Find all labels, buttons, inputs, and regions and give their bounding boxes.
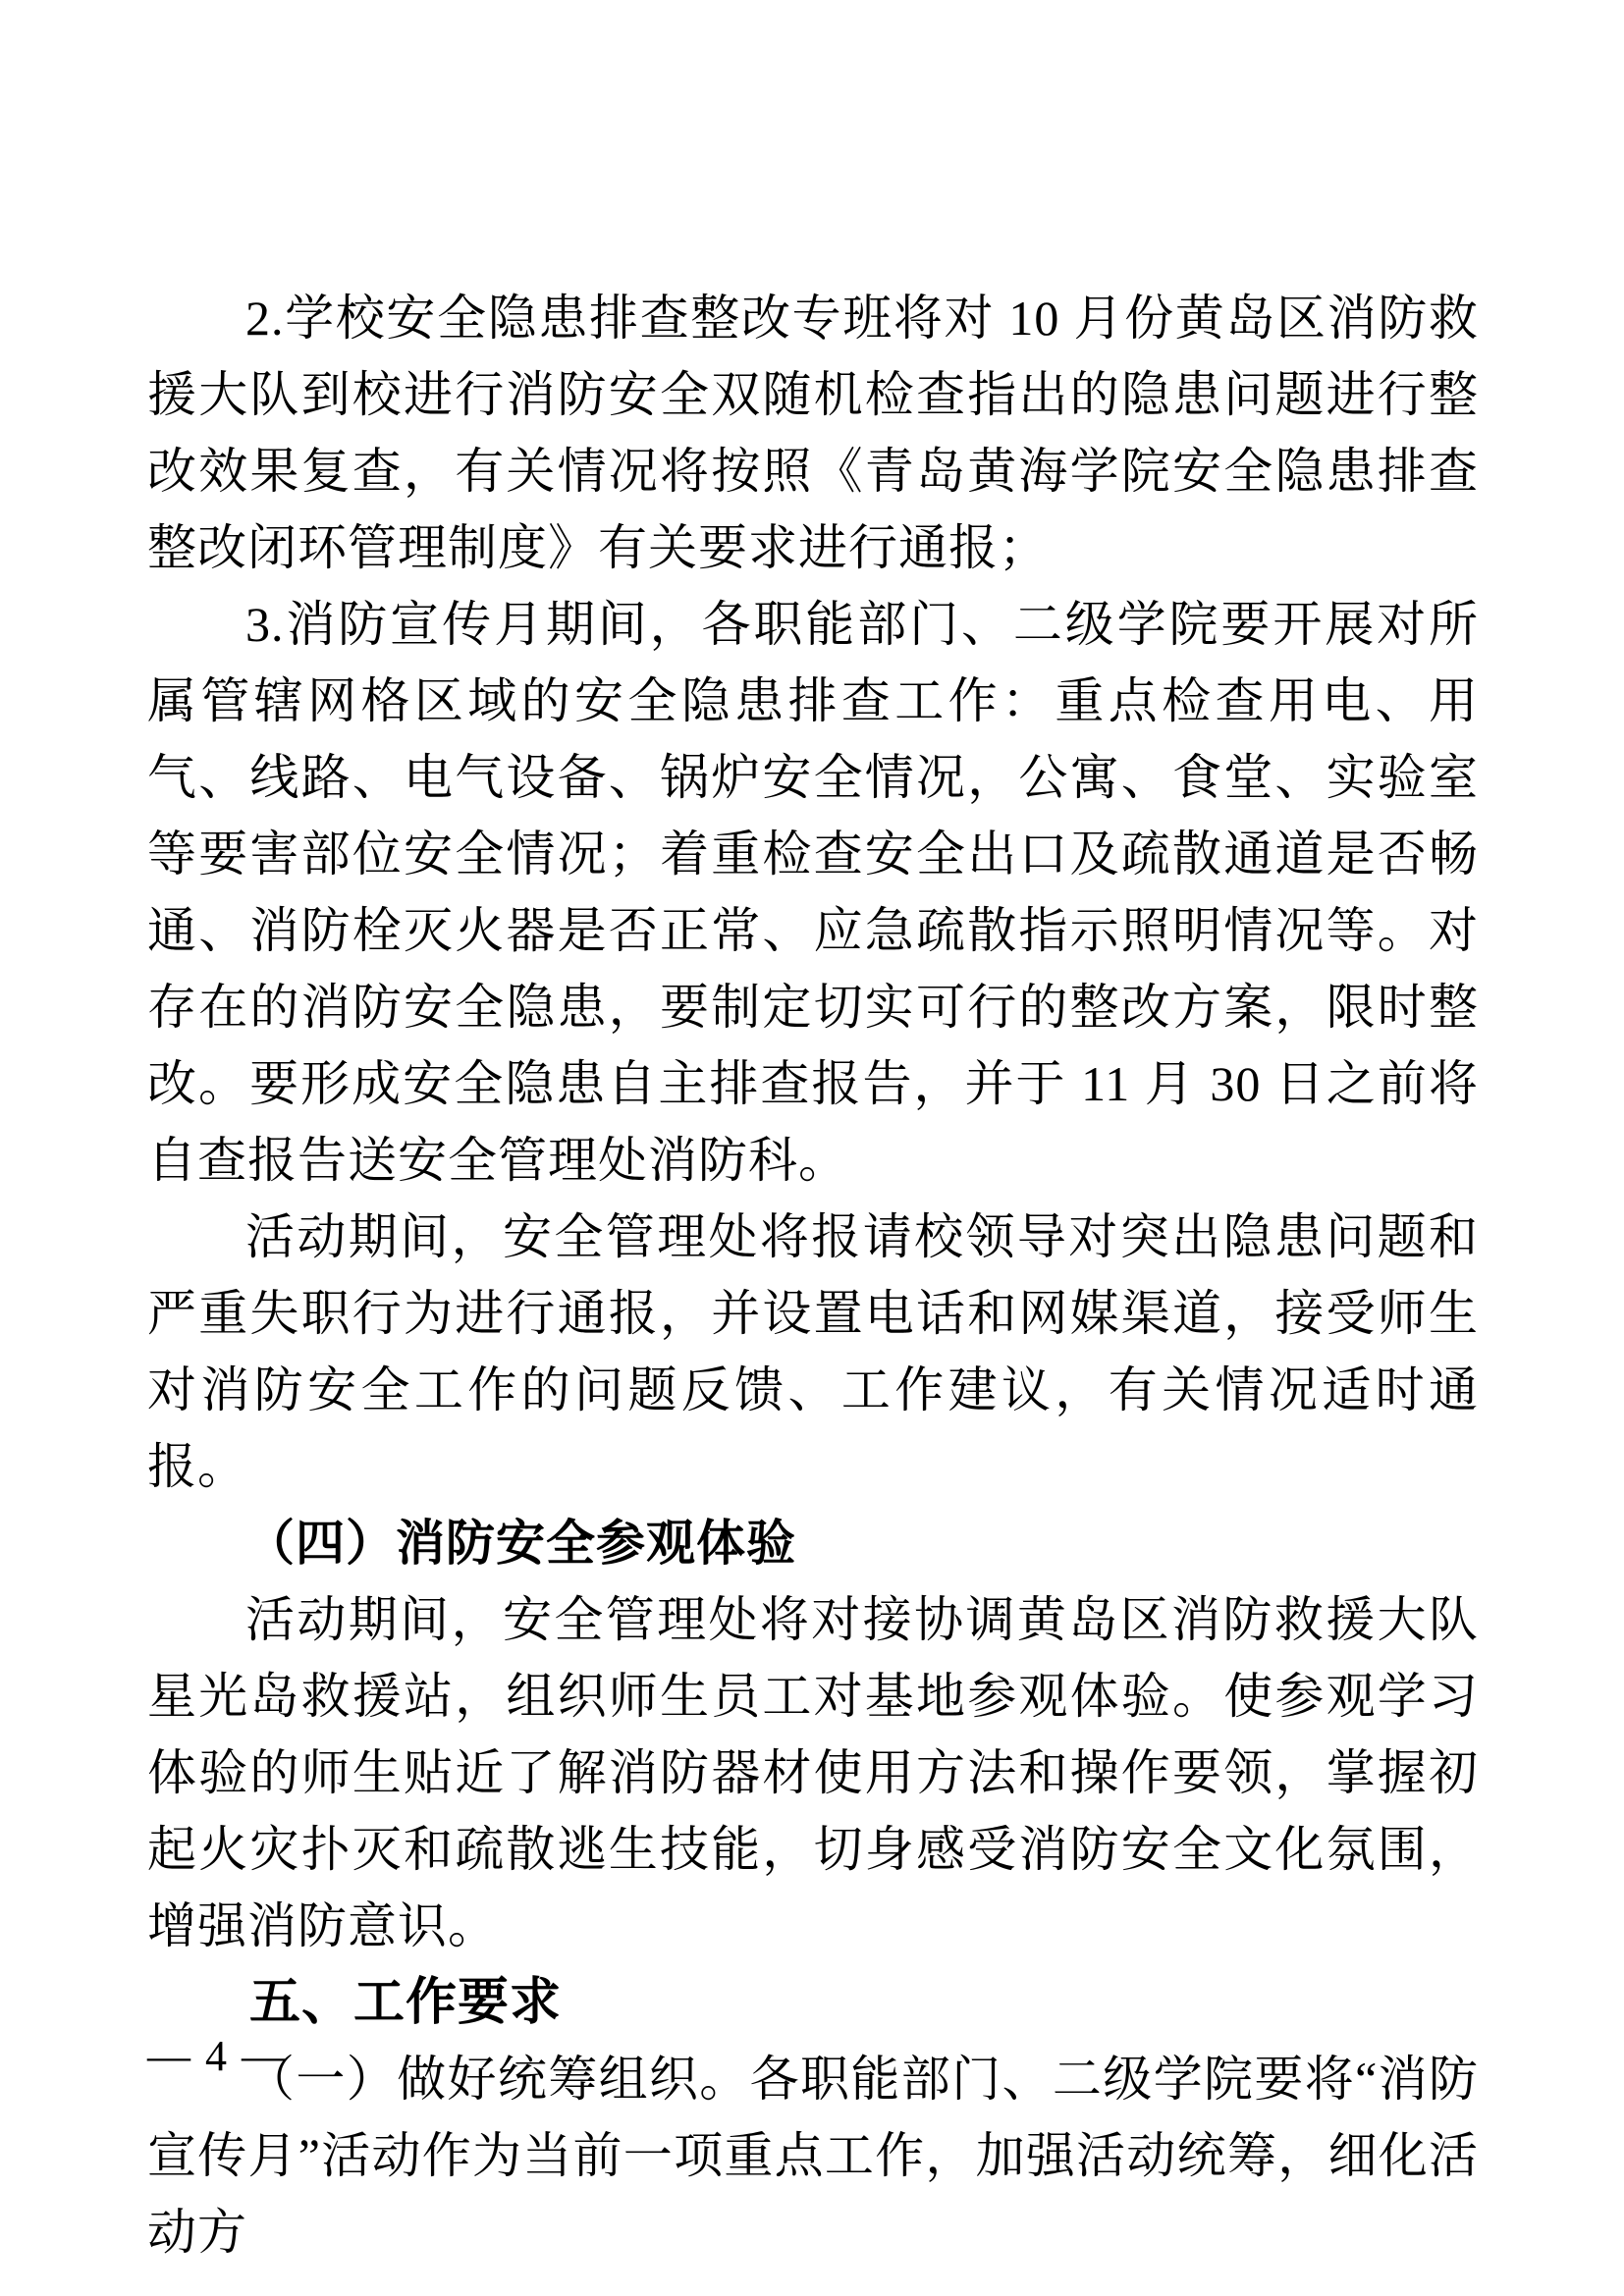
paragraph-visit-experience: 活动期间，安全管理处将对接协调黄岛区消防救援大队星光岛救援站，组织师生员工对基地… xyxy=(147,1581,1479,1964)
document-body: 2.学校安全隐患排查整改专班将对 10 月份黄岛区消防救援大队到校进行消防安全双… xyxy=(147,280,1479,2270)
document-page: 2.学校安全隐患排查整改专班将对 10 月份黄岛区消防救援大队到校进行消防安全双… xyxy=(0,0,1624,2296)
page-number: — 4 — xyxy=(147,2032,287,2081)
heading-section-4-fire-safety-visit: （四）消防安全参观体验 xyxy=(147,1505,1479,1581)
paragraph-item-2-hidden-danger-recheck: 2.学校安全隐患排查整改专班将对 10 月份黄岛区消防救援大队到校进行消防安全双… xyxy=(147,280,1479,586)
heading-section-5-work-requirements: 五、工作要求 xyxy=(147,1964,1479,2041)
paragraph-item-3-grid-inspection: 3.消防宣传月期间，各职能部门、二级学院要开展对所属管辖网格区域的安全隐患排查工… xyxy=(147,586,1479,1199)
paragraph-activity-reporting: 活动期间，安全管理处将报请校领导对突出隐患问题和严重失职行为进行通报，并设置电话… xyxy=(147,1199,1479,1505)
paragraph-item-1-overall-organization: （一）做好统筹组织。各职能部门、二级学院要将“消防宣传月”活动作为当前一项重点工… xyxy=(147,2041,1479,2270)
